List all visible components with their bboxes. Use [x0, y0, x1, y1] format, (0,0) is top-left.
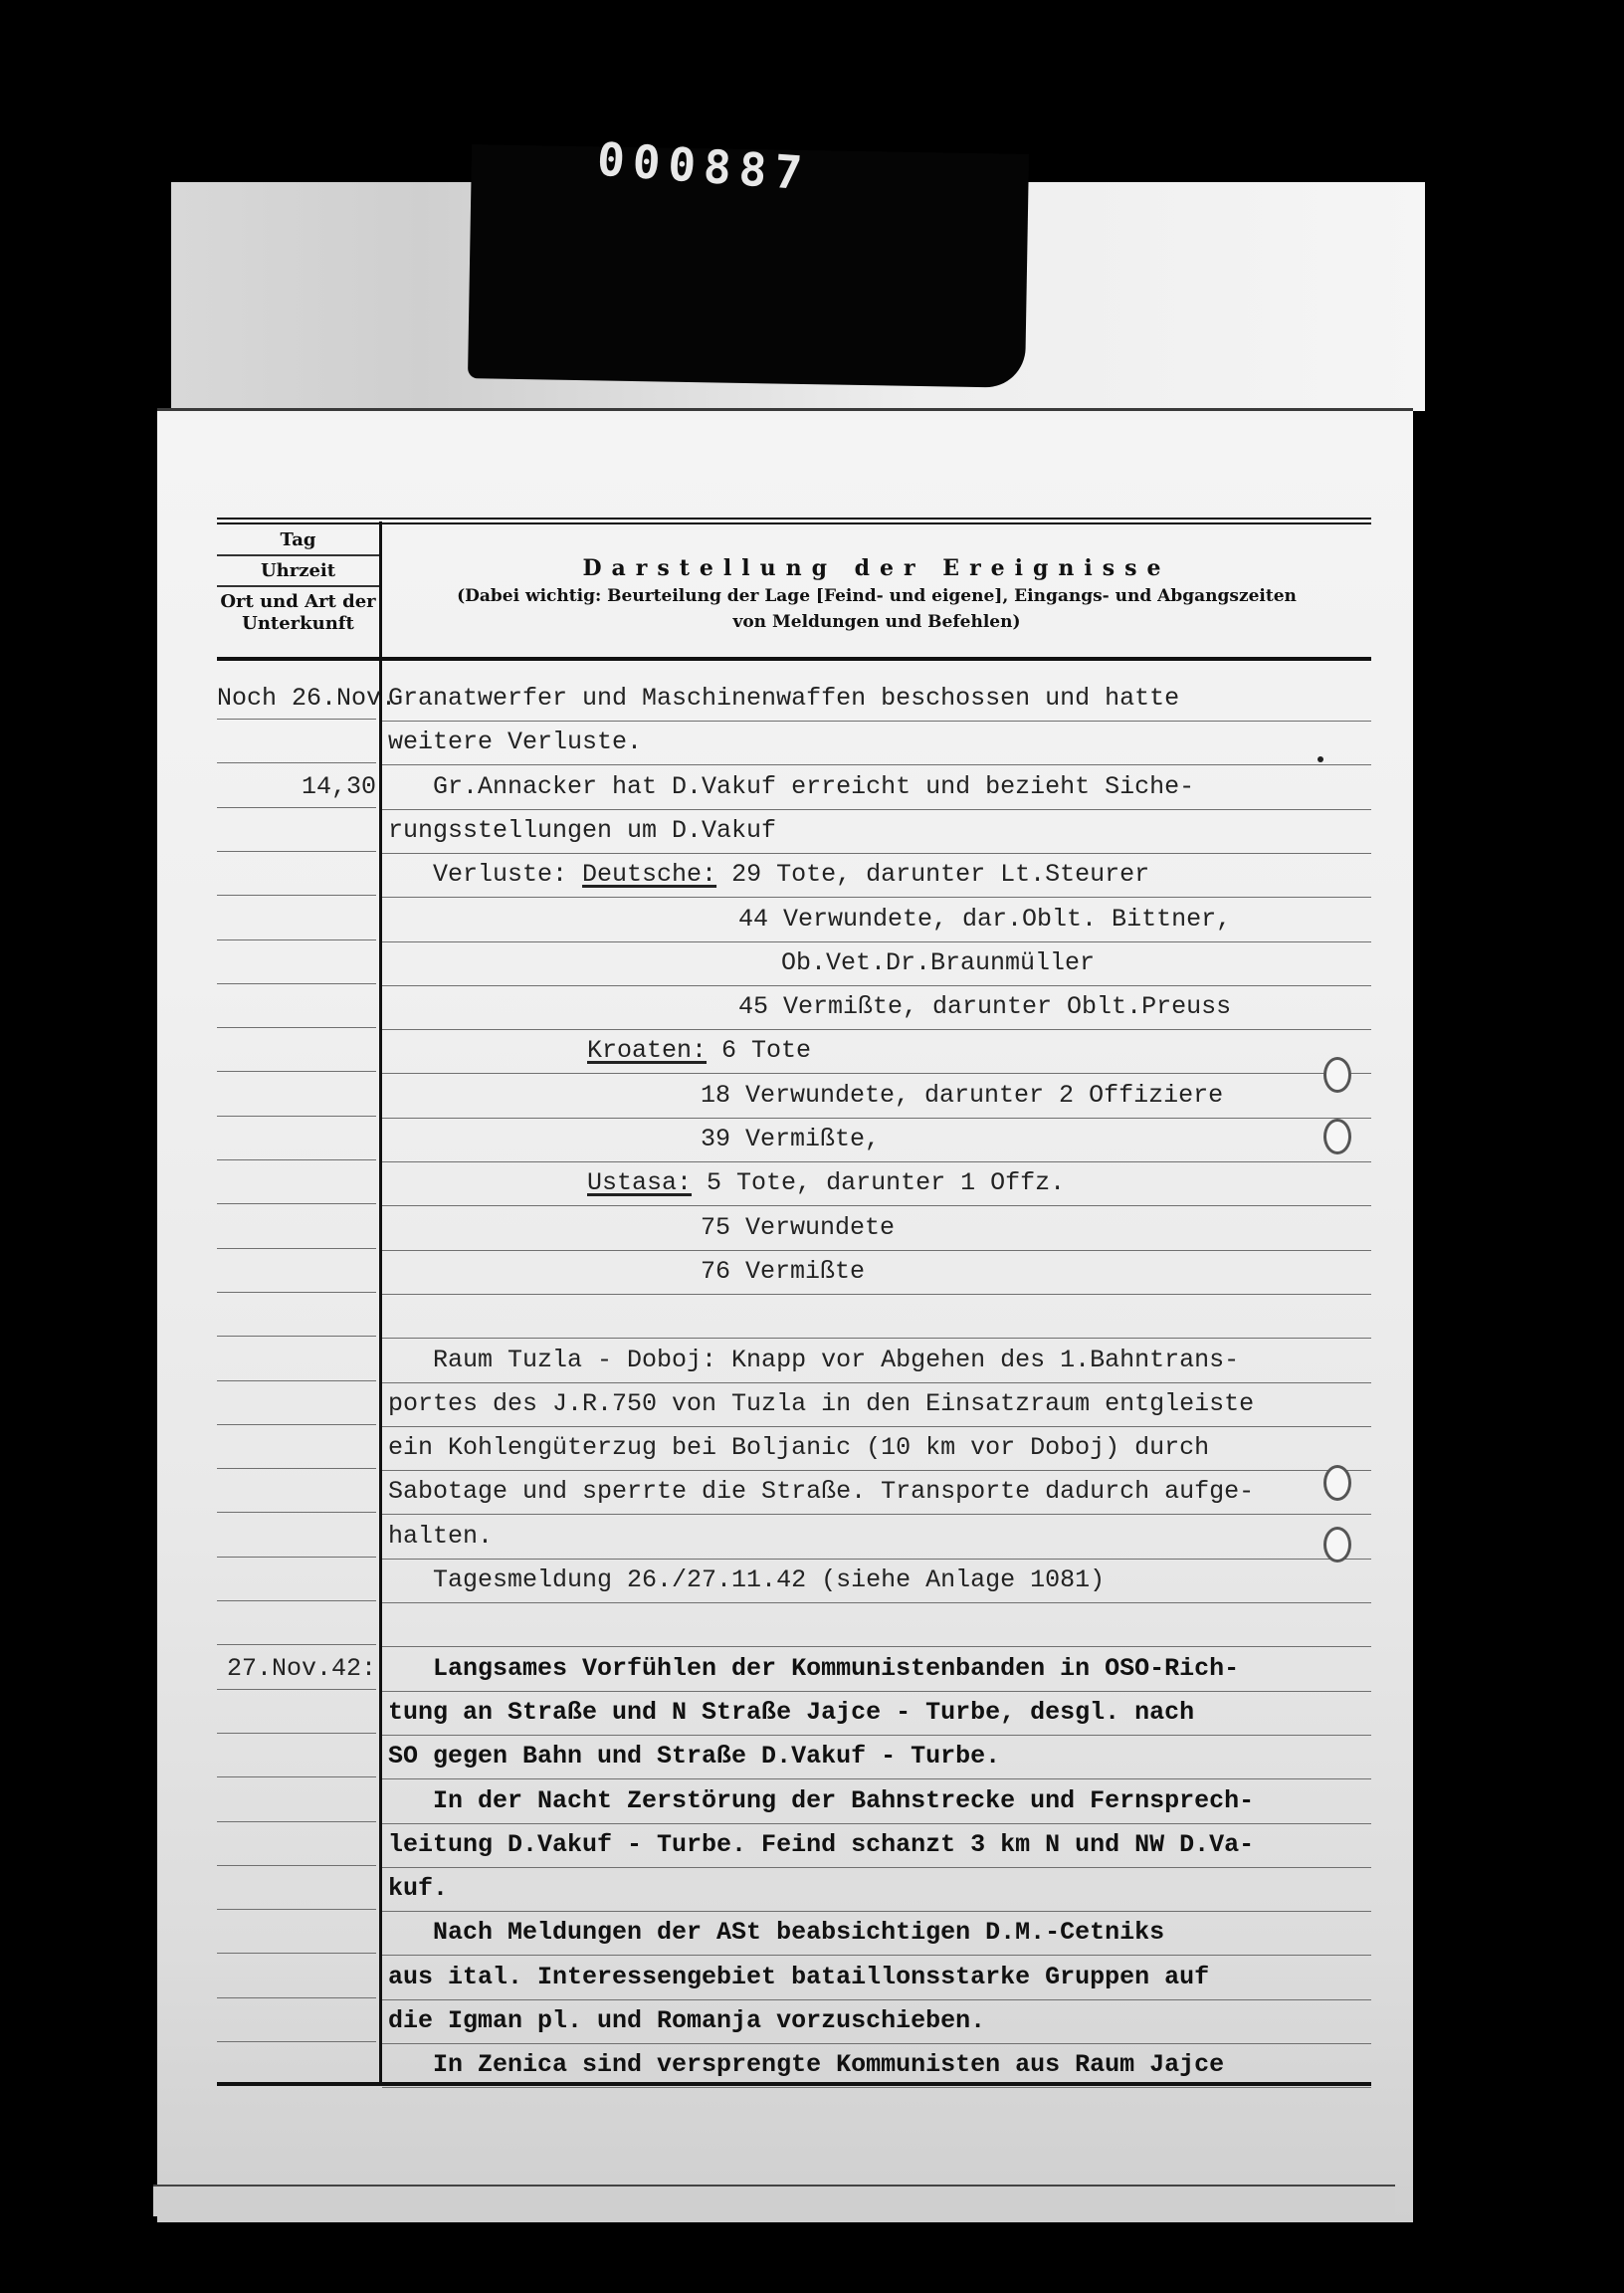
casualty-group-label: Ustasa: — [587, 1168, 692, 1197]
entry-text-content: tung an Straße und N Straße Jajce - Turb… — [388, 1698, 1194, 1727]
entry-text: 39 Vermißte, — [701, 1118, 880, 1161]
entry-text: weitere Verluste. — [388, 721, 642, 764]
entry-text: 44 Verwundete, dar.Oblt. Bittner, — [738, 898, 1231, 941]
rule-line — [217, 762, 376, 763]
rule-line — [217, 1997, 376, 1998]
entry-text: rungsstellungen um D.Vakuf — [388, 809, 776, 853]
rule-line — [382, 1867, 1371, 1868]
casualty-group-label: Deutsche: — [582, 860, 716, 889]
entry-text: SO gegen Bahn und Straße D.Vakuf - Turbe… — [388, 1735, 1000, 1778]
entry-text: Tagesmeldung 26./27.11.42 (siehe Anlage … — [388, 1559, 1105, 1602]
entry-text-content: aus ital. Interessengebiet bataillonssta… — [388, 1963, 1209, 1991]
rule-line — [217, 1909, 376, 1910]
header-title: Darstellung der Ereignisse — [382, 555, 1371, 581]
rule-line — [382, 1602, 1371, 1603]
rule-line — [217, 1865, 376, 1866]
entry-date: 27.Nov.42: — [217, 1647, 376, 1691]
entry-text-content: kuf. — [388, 1874, 448, 1903]
entry-text-content: Ob.Vet.Dr.Braunmüller — [781, 948, 1095, 977]
entry-text: 45 Vermißte, darunter Oblt.Preuss — [738, 985, 1231, 1029]
entry-text-content: Tagesmeldung 26./27.11.42 (siehe Anlage … — [388, 1565, 1105, 1594]
casualty-group-label: Kroaten: — [587, 1036, 707, 1065]
rule-line — [382, 1294, 1371, 1295]
entry-text-content: ein Kohlengüterzug bei Boljanic (10 km v… — [388, 1433, 1209, 1462]
entry-text-content: 5 Tote, darunter 1 Offz. — [707, 1168, 1065, 1197]
entry-text-content: Raum Tuzla - Doboj: Knapp vor Abgehen de… — [388, 1346, 1239, 1374]
entry-text: leitung D.Vakuf - Turbe. Feind schanzt 3… — [388, 1823, 1254, 1867]
header-uhrzeit-label: Uhrzeit — [217, 556, 379, 587]
diary-form: Tag Uhrzeit Ort und Art der Unterkunft D… — [217, 518, 1371, 2090]
losses-label: Verluste: — [433, 860, 582, 889]
form-bottom-rule — [217, 2082, 1371, 2086]
entry-text-content: In Zenica sind versprengte Kommunisten a… — [388, 2050, 1224, 2079]
entry-text-content: 6 Tote — [721, 1036, 811, 1065]
entry-text: ein Kohlengüterzug bei Boljanic (10 km v… — [388, 1426, 1209, 1470]
header-top-rule — [217, 518, 1371, 524]
entry-text: Gr.Annacker hat D.Vakuf erreicht und bez… — [388, 765, 1194, 809]
rule-line — [217, 1336, 376, 1337]
rule-line — [217, 1248, 376, 1249]
entry-text-content: 75 Verwundete — [701, 1213, 895, 1242]
entry-text: 76 Vermißte — [701, 1250, 865, 1294]
entry-text: die Igman pl. und Romanja vorzuschieben. — [388, 1999, 985, 2043]
rule-line — [217, 1600, 376, 1601]
ink-speck — [1318, 756, 1323, 762]
punch-hole-icon — [1323, 1057, 1351, 1093]
entry-text-content: 29 Tote, darunter Lt.Steurer — [731, 860, 1149, 889]
rule-line — [217, 1953, 376, 1954]
rule-line — [217, 851, 376, 852]
entry-text-content: In der Nacht Zerstörung der Bahnstrecke … — [388, 1786, 1254, 1815]
rule-line — [217, 1380, 376, 1381]
rule-line — [217, 1776, 376, 1777]
rule-line — [382, 1514, 1371, 1515]
entry-text-content: SO gegen Bahn und Straße D.Vakuf - Turbe… — [388, 1742, 1000, 1771]
rule-line — [217, 1203, 376, 1204]
header-bottom-rule — [217, 657, 1371, 661]
entry-text-content: Langsames Vorfühlen der Kommunistenbande… — [388, 1654, 1239, 1683]
header-subtitle-line1: (Dabei wichtig: Beurteilung der Lage [Fe… — [382, 583, 1371, 609]
header-tag-label: Tag — [217, 525, 379, 556]
punch-hole-icon — [1323, 1119, 1351, 1154]
entry-text: portes des J.R.750 von Tuzla in den Eins… — [388, 1382, 1254, 1426]
rule-line — [217, 1424, 376, 1425]
entry-text-content: Nach Meldungen der ASt beabsichtigen D.M… — [388, 1918, 1164, 1947]
rule-line — [217, 1557, 376, 1558]
rule-line — [217, 1116, 376, 1117]
entry-text-content: Gr.Annacker hat D.Vakuf erreicht und bez… — [388, 772, 1194, 801]
header-subtitle-line2: von Meldungen und Befehlen) — [382, 609, 1371, 635]
rule-line — [217, 1733, 376, 1734]
entry-text: 18 Verwundete, darunter 2 Offiziere — [701, 1074, 1223, 1118]
entry-date: Noch 26.Nov. — [217, 677, 376, 721]
entry-text: Nach Meldungen der ASt beabsichtigen D.M… — [388, 1911, 1164, 1955]
entry-text: tung an Straße und N Straße Jajce - Turb… — [388, 1691, 1194, 1735]
rule-line — [217, 1821, 376, 1822]
entry-text-content: leitung D.Vakuf - Turbe. Feind schanzt 3… — [388, 1830, 1254, 1859]
entry-text-content: die Igman pl. und Romanja vorzuschieben. — [388, 2006, 985, 2035]
rule-line — [217, 1159, 376, 1160]
entry-text-content: portes des J.R.750 von Tuzla in den Eins… — [388, 1389, 1254, 1418]
entry-text-content: 39 Vermißte, — [701, 1125, 880, 1153]
column-divider — [379, 521, 382, 2082]
punch-hole-icon — [1323, 1527, 1351, 1563]
rule-line — [217, 983, 376, 984]
rule-line — [217, 895, 376, 896]
rule-line — [217, 1071, 376, 1072]
entry-text: Ustasa: 5 Tote, darunter 1 Offz. — [587, 1161, 1065, 1205]
entry-text: Langsames Vorfühlen der Kommunistenbande… — [388, 1647, 1239, 1691]
entry-text: Sabotage und sperrte die Straße. Transpo… — [388, 1470, 1254, 1514]
rule-line — [217, 939, 376, 940]
header-subtitle: (Dabei wichtig: Beurteilung der Lage [Fe… — [382, 583, 1371, 635]
entry-text-content: 76 Vermißte — [701, 1257, 865, 1286]
rule-line — [382, 2087, 1371, 2088]
rule-line — [217, 1468, 376, 1469]
entry-text-content: rungsstellungen um D.Vakuf — [388, 816, 776, 845]
entry-text: 75 Verwundete — [701, 1206, 895, 1250]
entry-text: Granatwerfer und Maschinenwaffen beschos… — [388, 677, 1179, 721]
entry-text: Raum Tuzla - Doboj: Knapp vor Abgehen de… — [388, 1339, 1239, 1382]
entry-text: In der Nacht Zerstörung der Bahnstrecke … — [388, 1779, 1254, 1823]
rule-line — [217, 1644, 376, 1645]
entry-text: aus ital. Interessengebiet bataillonssta… — [388, 1956, 1209, 1999]
entry-text-content: weitere Verluste. — [388, 728, 642, 756]
rule-line — [382, 1029, 1371, 1030]
rule-line — [217, 1027, 376, 1028]
rule-line — [217, 1292, 376, 1293]
entry-text: In Zenica sind versprengte Kommunisten a… — [388, 2043, 1224, 2087]
entry-text: halten. — [388, 1515, 493, 1559]
entry-text-content: Granatwerfer und Maschinenwaffen beschos… — [388, 684, 1179, 713]
page-bottom-edge — [153, 2185, 1395, 2216]
entry-text-content: Sabotage und sperrte die Straße. Transpo… — [388, 1477, 1254, 1506]
entry-text-content: 45 Vermißte, darunter Oblt.Preuss — [738, 992, 1231, 1021]
entry-date: 14,30 — [217, 765, 376, 809]
entry-text-content: 18 Verwundete, darunter 2 Offiziere — [701, 1081, 1223, 1110]
entry-text: Ob.Vet.Dr.Braunmüller — [781, 941, 1095, 985]
rule-line — [382, 1250, 1371, 1251]
entry-text: Kroaten: 6 Tote — [587, 1029, 811, 1073]
entry-text-content: halten. — [388, 1522, 493, 1551]
header-left-column: Tag Uhrzeit Ort und Art der Unterkunft — [217, 525, 379, 639]
entry-text-content: 44 Verwundete, dar.Oblt. Bittner, — [738, 905, 1231, 934]
punch-hole-icon — [1323, 1465, 1351, 1501]
rule-line — [217, 2041, 376, 2042]
entry-text: kuf. — [388, 1867, 448, 1911]
header-ort-label: Ort und Art der Unterkunft — [217, 587, 379, 639]
rule-line — [217, 1512, 376, 1513]
entry-text: Verluste: Deutsche: 29 Tote, darunter Lt… — [433, 853, 1149, 897]
